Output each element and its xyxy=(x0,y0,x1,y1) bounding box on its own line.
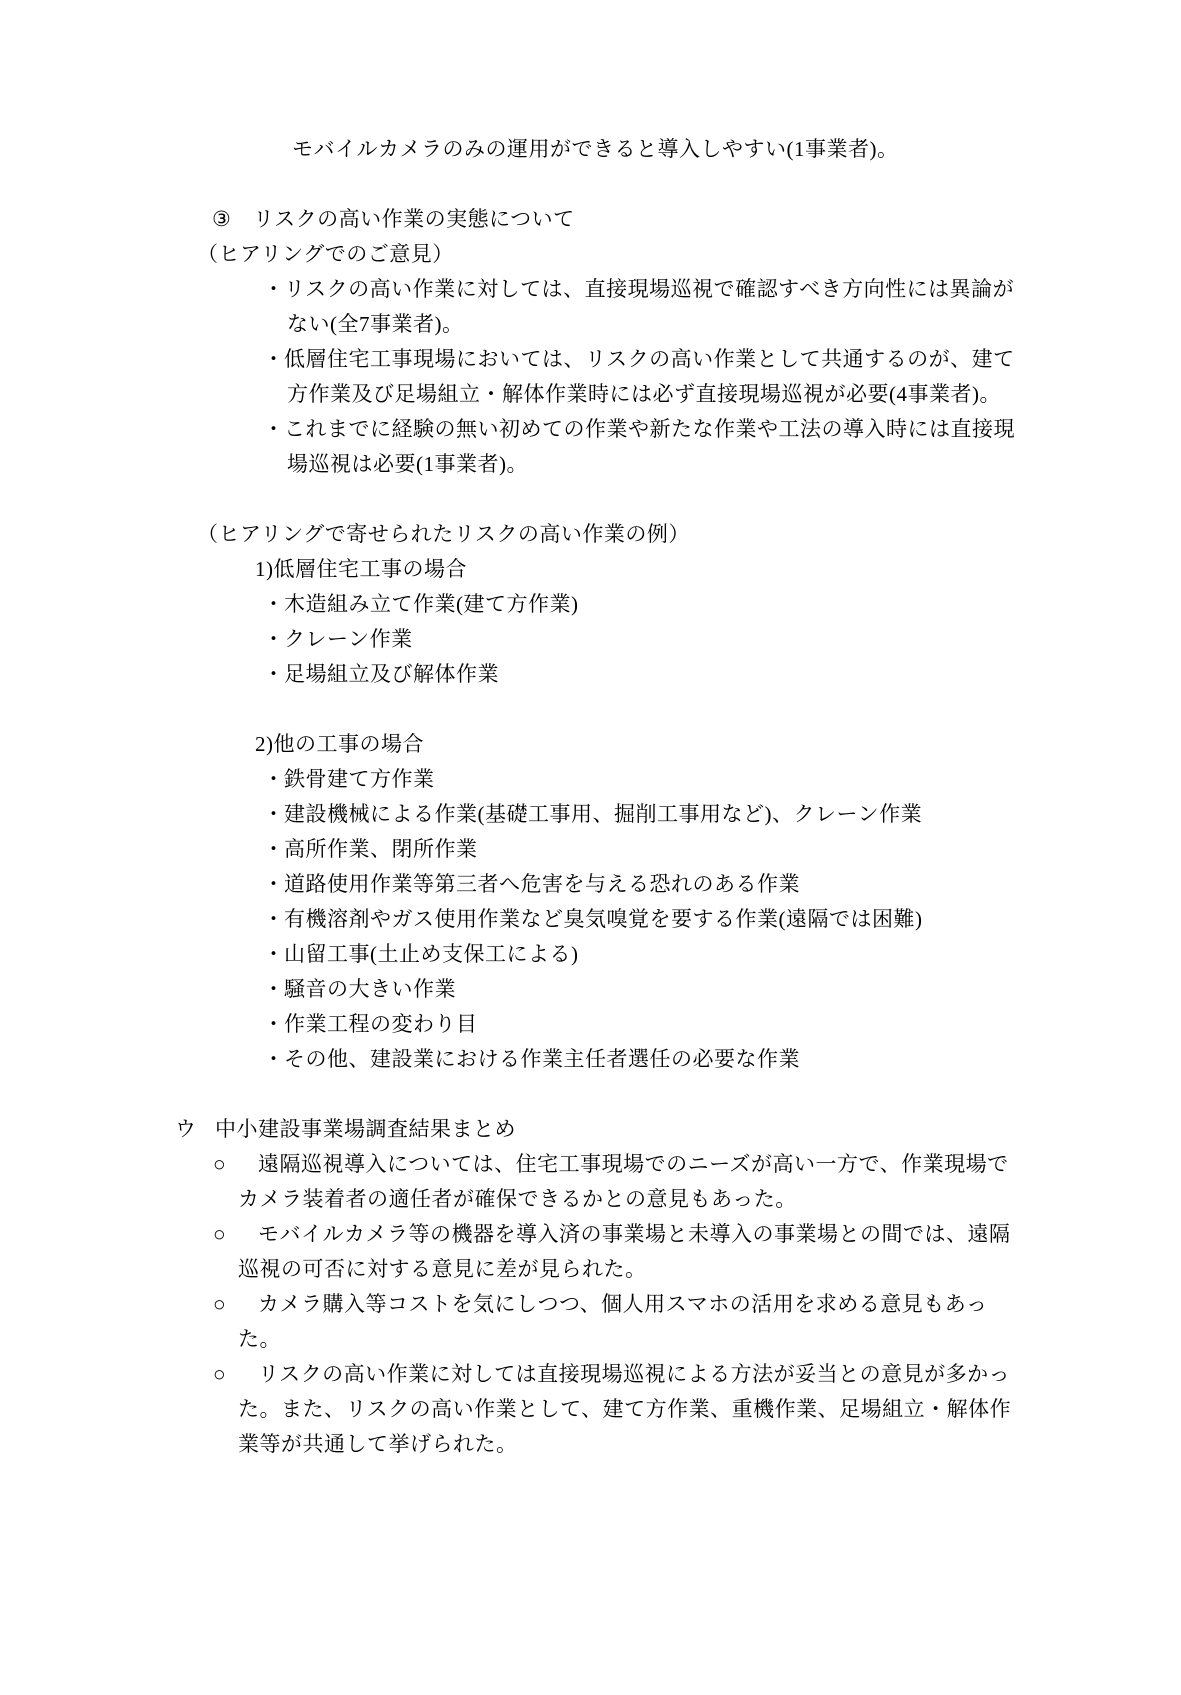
line-text: ない(全7事業者)。 xyxy=(287,312,464,336)
blank-line xyxy=(0,692,1181,727)
bullet-marker: ・ xyxy=(263,937,284,972)
bullet-marker: ・ xyxy=(263,972,284,1007)
blank-line xyxy=(0,1077,1181,1112)
line-text: 道路使用作業等第三者へ危害を与える恐れのある作業 xyxy=(284,872,800,896)
heading-text: 中小建設事業場調査結果まとめ xyxy=(215,1117,516,1141)
line-text: 作業工程の変わり目 xyxy=(284,1012,478,1036)
section-heading: ウ中小建設事業場調査結果まとめ xyxy=(0,1112,1181,1147)
bullet-marker: ・ xyxy=(263,1007,284,1042)
numbered-heading: ③リスクの高い作業の実態について xyxy=(0,202,1181,237)
bullet-list-item: ・鉄骨建て方作業 xyxy=(0,762,1181,797)
label-text: （ヒアリングでのご意見） xyxy=(197,242,454,266)
bullet-list-item: ・作業工程の変わり目 xyxy=(0,1007,1181,1042)
line-text: 足場組立及び解体作業 xyxy=(284,662,499,686)
bullet-list-item: ・道路使用作業等第三者へ危害を与える恐れのある作業 xyxy=(0,867,1181,902)
paren-label: （ヒアリングで寄せられたリスクの高い作業の例） xyxy=(0,517,1181,552)
bullet-list-item: ・木造組み立て作業(建て方作業) xyxy=(0,587,1181,622)
list-item-continuation: 方作業及び足場組立・解体作業時には必ず直接現場巡視が必要(4事業者)。 xyxy=(0,377,1181,412)
list-item-continuation: カメラ装着者の適任者が確保できるかとの意見もあった。 xyxy=(0,1182,1181,1217)
line-text: 騒音の大きい作業 xyxy=(284,977,456,1001)
list-item-continuation: 場巡視は必要(1事業者)。 xyxy=(0,447,1181,482)
list-item-continuation: た。また、リスクの高い作業として、建て方作業、重機作業、足場組立・解体作 xyxy=(0,1392,1181,1427)
line-text: これまでに経験の無い初めての作業や新たな作業や工法の導入時には直接現 xyxy=(284,417,1015,441)
line-text: 山留工事(土止め支保工による) xyxy=(284,942,579,966)
list-item-continuation: 巡視の可否に対する意見に差が見られた。 xyxy=(0,1252,1181,1287)
list-item-continuation: ない(全7事業者)。 xyxy=(0,307,1181,342)
bullet-list-item: ・建設機械による作業(基礎工事用、掘削工事用など)、クレーン作業 xyxy=(0,797,1181,832)
circle-list-item: ○カメラ購入等コストを気にしつつ、個人用スマホの活用を求める意見もあっ xyxy=(0,1287,1181,1322)
bullet-list-item: ・騒音の大きい作業 xyxy=(0,972,1181,1007)
circle-marker: ○ xyxy=(213,1357,258,1392)
paragraph-line: モバイルカメラのみの運用ができると導入しやすい(1事業者)。 xyxy=(0,132,1181,167)
bullet-marker: ・ xyxy=(263,1042,284,1077)
bullet-list-item: ・低層住宅工事現場においては、リスクの高い作業として共通するのが、建て xyxy=(0,342,1181,377)
line-text: 低層住宅工事現場においては、リスクの高い作業として共通するのが、建て xyxy=(284,347,1015,371)
line-text: 有機溶剤やガス使用作業など臭気嗅覚を要する作業(遠隔では困難) xyxy=(284,907,922,931)
document-page: モバイルカメラのみの運用ができると導入しやすい(1事業者)。③リスクの高い作業の… xyxy=(0,0,1181,1695)
circle-marker: ○ xyxy=(213,1217,258,1252)
item-text: 2)他の工事の場合 xyxy=(255,732,424,756)
heading-text: リスクの高い作業の実態について xyxy=(253,207,575,231)
bullet-marker: ・ xyxy=(263,797,284,832)
circle-list-item: ○遠隔巡視導入については、住宅工事現場でのニーズが高い一方で、作業現場で xyxy=(0,1147,1181,1182)
blank-line xyxy=(0,482,1181,517)
line-text: 高所作業、閉所作業 xyxy=(284,837,478,861)
bullet-marker: ・ xyxy=(263,587,284,622)
item-number-marker: ③ xyxy=(212,202,253,237)
bullet-marker: ・ xyxy=(263,412,284,447)
bullet-marker: ・ xyxy=(263,272,284,307)
line-text: 場巡視は必要(1事業者)。 xyxy=(287,452,528,476)
circle-marker: ○ xyxy=(213,1287,258,1322)
line-text: リスクの高い作業に対しては直接現場巡視による方法が妥当との意見が多かっ xyxy=(258,1362,1010,1386)
bullet-list-item: ・山留工事(土止め支保工による) xyxy=(0,937,1181,972)
line-text: モバイルカメラ等の機器を導入済の事業場と未導入の事業場との間では、遠隔 xyxy=(258,1222,1011,1246)
paren-label: （ヒアリングでのご意見） xyxy=(0,237,1181,272)
bullet-marker: ・ xyxy=(263,342,284,377)
item-text: 1)低層住宅工事の場合 xyxy=(255,557,467,581)
line-text: カメラ装着者の適任者が確保できるかとの意見もあった。 xyxy=(238,1187,797,1211)
bullet-marker: ・ xyxy=(263,762,284,797)
line-text: た。 xyxy=(238,1327,281,1351)
list-item-continuation: た。 xyxy=(0,1322,1181,1357)
line-text: 業等が共通して挙げられた。 xyxy=(238,1432,518,1456)
section-marker: ウ xyxy=(175,1112,215,1147)
circle-marker: ○ xyxy=(213,1147,258,1182)
bullet-list-item: ・足場組立及び解体作業 xyxy=(0,657,1181,692)
line-text: 巡視の可否に対する意見に差が見られた。 xyxy=(238,1257,647,1281)
bullet-list-item: ・高所作業、閉所作業 xyxy=(0,832,1181,867)
bullet-marker: ・ xyxy=(263,867,284,902)
circle-list-item: ○モバイルカメラ等の機器を導入済の事業場と未導入の事業場との間では、遠隔 xyxy=(0,1217,1181,1252)
label-text: （ヒアリングで寄せられたリスクの高い作業の例） xyxy=(197,522,690,546)
bullet-list-item: ・クレーン作業 xyxy=(0,622,1181,657)
line-text: クレーン作業 xyxy=(284,627,413,651)
list-item-continuation: 業等が共通して挙げられた。 xyxy=(0,1427,1181,1462)
line-text: 木造組み立て作業(建て方作業) xyxy=(284,592,579,616)
bullet-list-item: ・有機溶剤やガス使用作業など臭気嗅覚を要する作業(遠隔では困難) xyxy=(0,902,1181,937)
line-text: 鉄骨建て方作業 xyxy=(284,767,435,791)
numbered-item: 1)低層住宅工事の場合 xyxy=(0,552,1181,587)
line-text: モバイルカメラのみの運用ができると導入しやすい(1事業者)。 xyxy=(292,137,898,161)
line-text: た。また、リスクの高い作業として、建て方作業、重機作業、足場組立・解体作 xyxy=(238,1397,1011,1421)
bullet-list-item: ・その他、建設業における作業主任者選任の必要な作業 xyxy=(0,1042,1181,1077)
circle-list-item: ○リスクの高い作業に対しては直接現場巡視による方法が妥当との意見が多かっ xyxy=(0,1357,1181,1392)
bullet-list-item: ・リスクの高い作業に対しては、直接現場巡視で確認すべき方向性には異論が xyxy=(0,272,1181,307)
line-text: 建設機械による作業(基礎工事用、掘削工事用など)、クレーン作業 xyxy=(284,802,922,826)
line-text: カメラ購入等コストを気にしつつ、個人用スマホの活用を求める意見もあっ xyxy=(258,1292,988,1316)
line-text: 遠隔巡視導入については、住宅工事現場でのニーズが高い一方で、作業現場で xyxy=(258,1152,1009,1176)
bullet-marker: ・ xyxy=(263,657,284,692)
bullet-list-item: ・これまでに経験の無い初めての作業や新たな作業や工法の導入時には直接現 xyxy=(0,412,1181,447)
bullet-marker: ・ xyxy=(263,902,284,937)
blank-line xyxy=(0,167,1181,202)
bullet-marker: ・ xyxy=(263,832,284,867)
line-text: その他、建設業における作業主任者選任の必要な作業 xyxy=(284,1047,800,1071)
bullet-marker: ・ xyxy=(263,622,284,657)
numbered-item: 2)他の工事の場合 xyxy=(0,727,1181,762)
line-text: リスクの高い作業に対しては、直接現場巡視で確認すべき方向性には異論が xyxy=(284,277,1014,301)
line-text: 方作業及び足場組立・解体作業時には必ず直接現場巡視が必要(4事業者)。 xyxy=(287,382,1001,406)
